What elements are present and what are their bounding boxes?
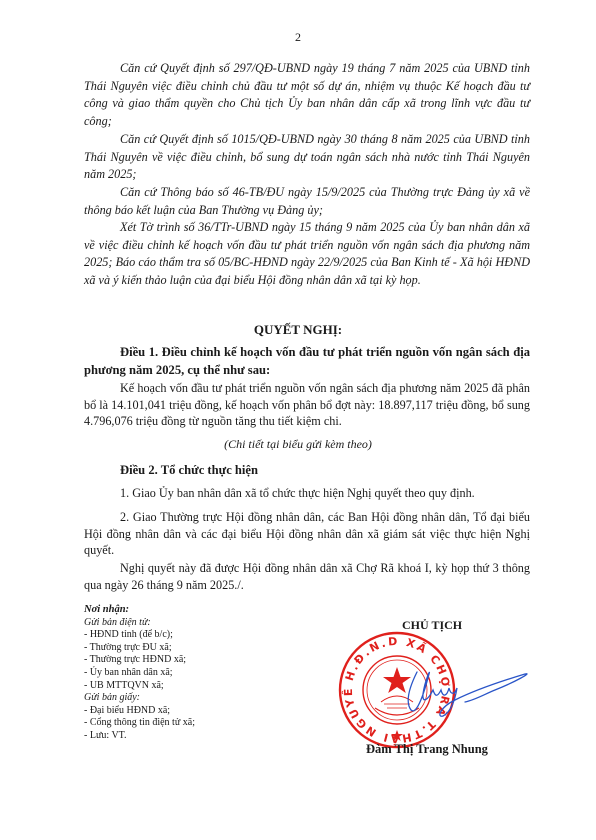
recipient-item: - Lưu: VT. xyxy=(84,730,195,743)
resolution-heading: QUYẾT NGHỊ: xyxy=(0,322,596,338)
recipient-item: - Ủy ban nhân dân xã; xyxy=(84,667,195,680)
recipient-item: - HĐND tỉnh (để b/c); xyxy=(84,629,195,642)
electronic-label: Gửi bản điện tử: xyxy=(84,617,195,630)
closing-statement: Nghị quyết này đã được Hội đồng nhân dân… xyxy=(84,560,530,593)
preamble-4: Xét Tờ trình số 36/TTr-UBND ngày 15 thán… xyxy=(84,219,530,289)
recipient-item: - Thường trực HĐND xã; xyxy=(84,654,195,667)
preamble-1: Căn cứ Quyết định số 297/QĐ-UBND ngày 19… xyxy=(84,60,530,130)
recipients-title: Nơi nhận: xyxy=(84,604,195,617)
article1-note: (Chi tiết tại biểu gửi kèm theo) xyxy=(0,437,596,452)
article1-body: Kế hoạch vốn đầu tư phát triển nguồn vốn… xyxy=(84,380,530,430)
signer-name: Đàm Thị Trang Nhung xyxy=(366,742,488,757)
page-number: 2 xyxy=(0,30,596,45)
recipient-item: - UB MTTQVN xã; xyxy=(84,680,195,693)
recipients-block: Nơi nhận: Gửi bản điện tử: - HĐND tỉnh (… xyxy=(84,604,195,743)
recipient-item: - Thường trực ĐU xã; xyxy=(84,642,195,655)
preamble-3: Căn cứ Thông báo số 46-TB/ĐU ngày 15/9/2… xyxy=(84,184,530,219)
preamble-2: Căn cứ Quyết định số 1015/QĐ-UBND ngày 3… xyxy=(84,131,530,184)
recipient-item: - Cổng thông tin điện tử xã; xyxy=(84,717,195,730)
recipient-item: - Đại biểu HĐND xã; xyxy=(84,705,195,718)
article2-title: Điều 2. Tổ chức thực hiện xyxy=(84,462,530,480)
article1-title: Điều 1. Điều chỉnh kế hoạch vốn đầu tư p… xyxy=(84,344,530,379)
article2-item-2: 2. Giao Thường trực Hội đồng nhân dân, c… xyxy=(84,509,530,559)
signature-icon xyxy=(395,660,535,720)
article2-item-1: 1. Giao Ủy ban nhân dân xã tổ chức thực … xyxy=(84,485,530,503)
paper-label: Gửi bản giấy: xyxy=(84,692,195,705)
